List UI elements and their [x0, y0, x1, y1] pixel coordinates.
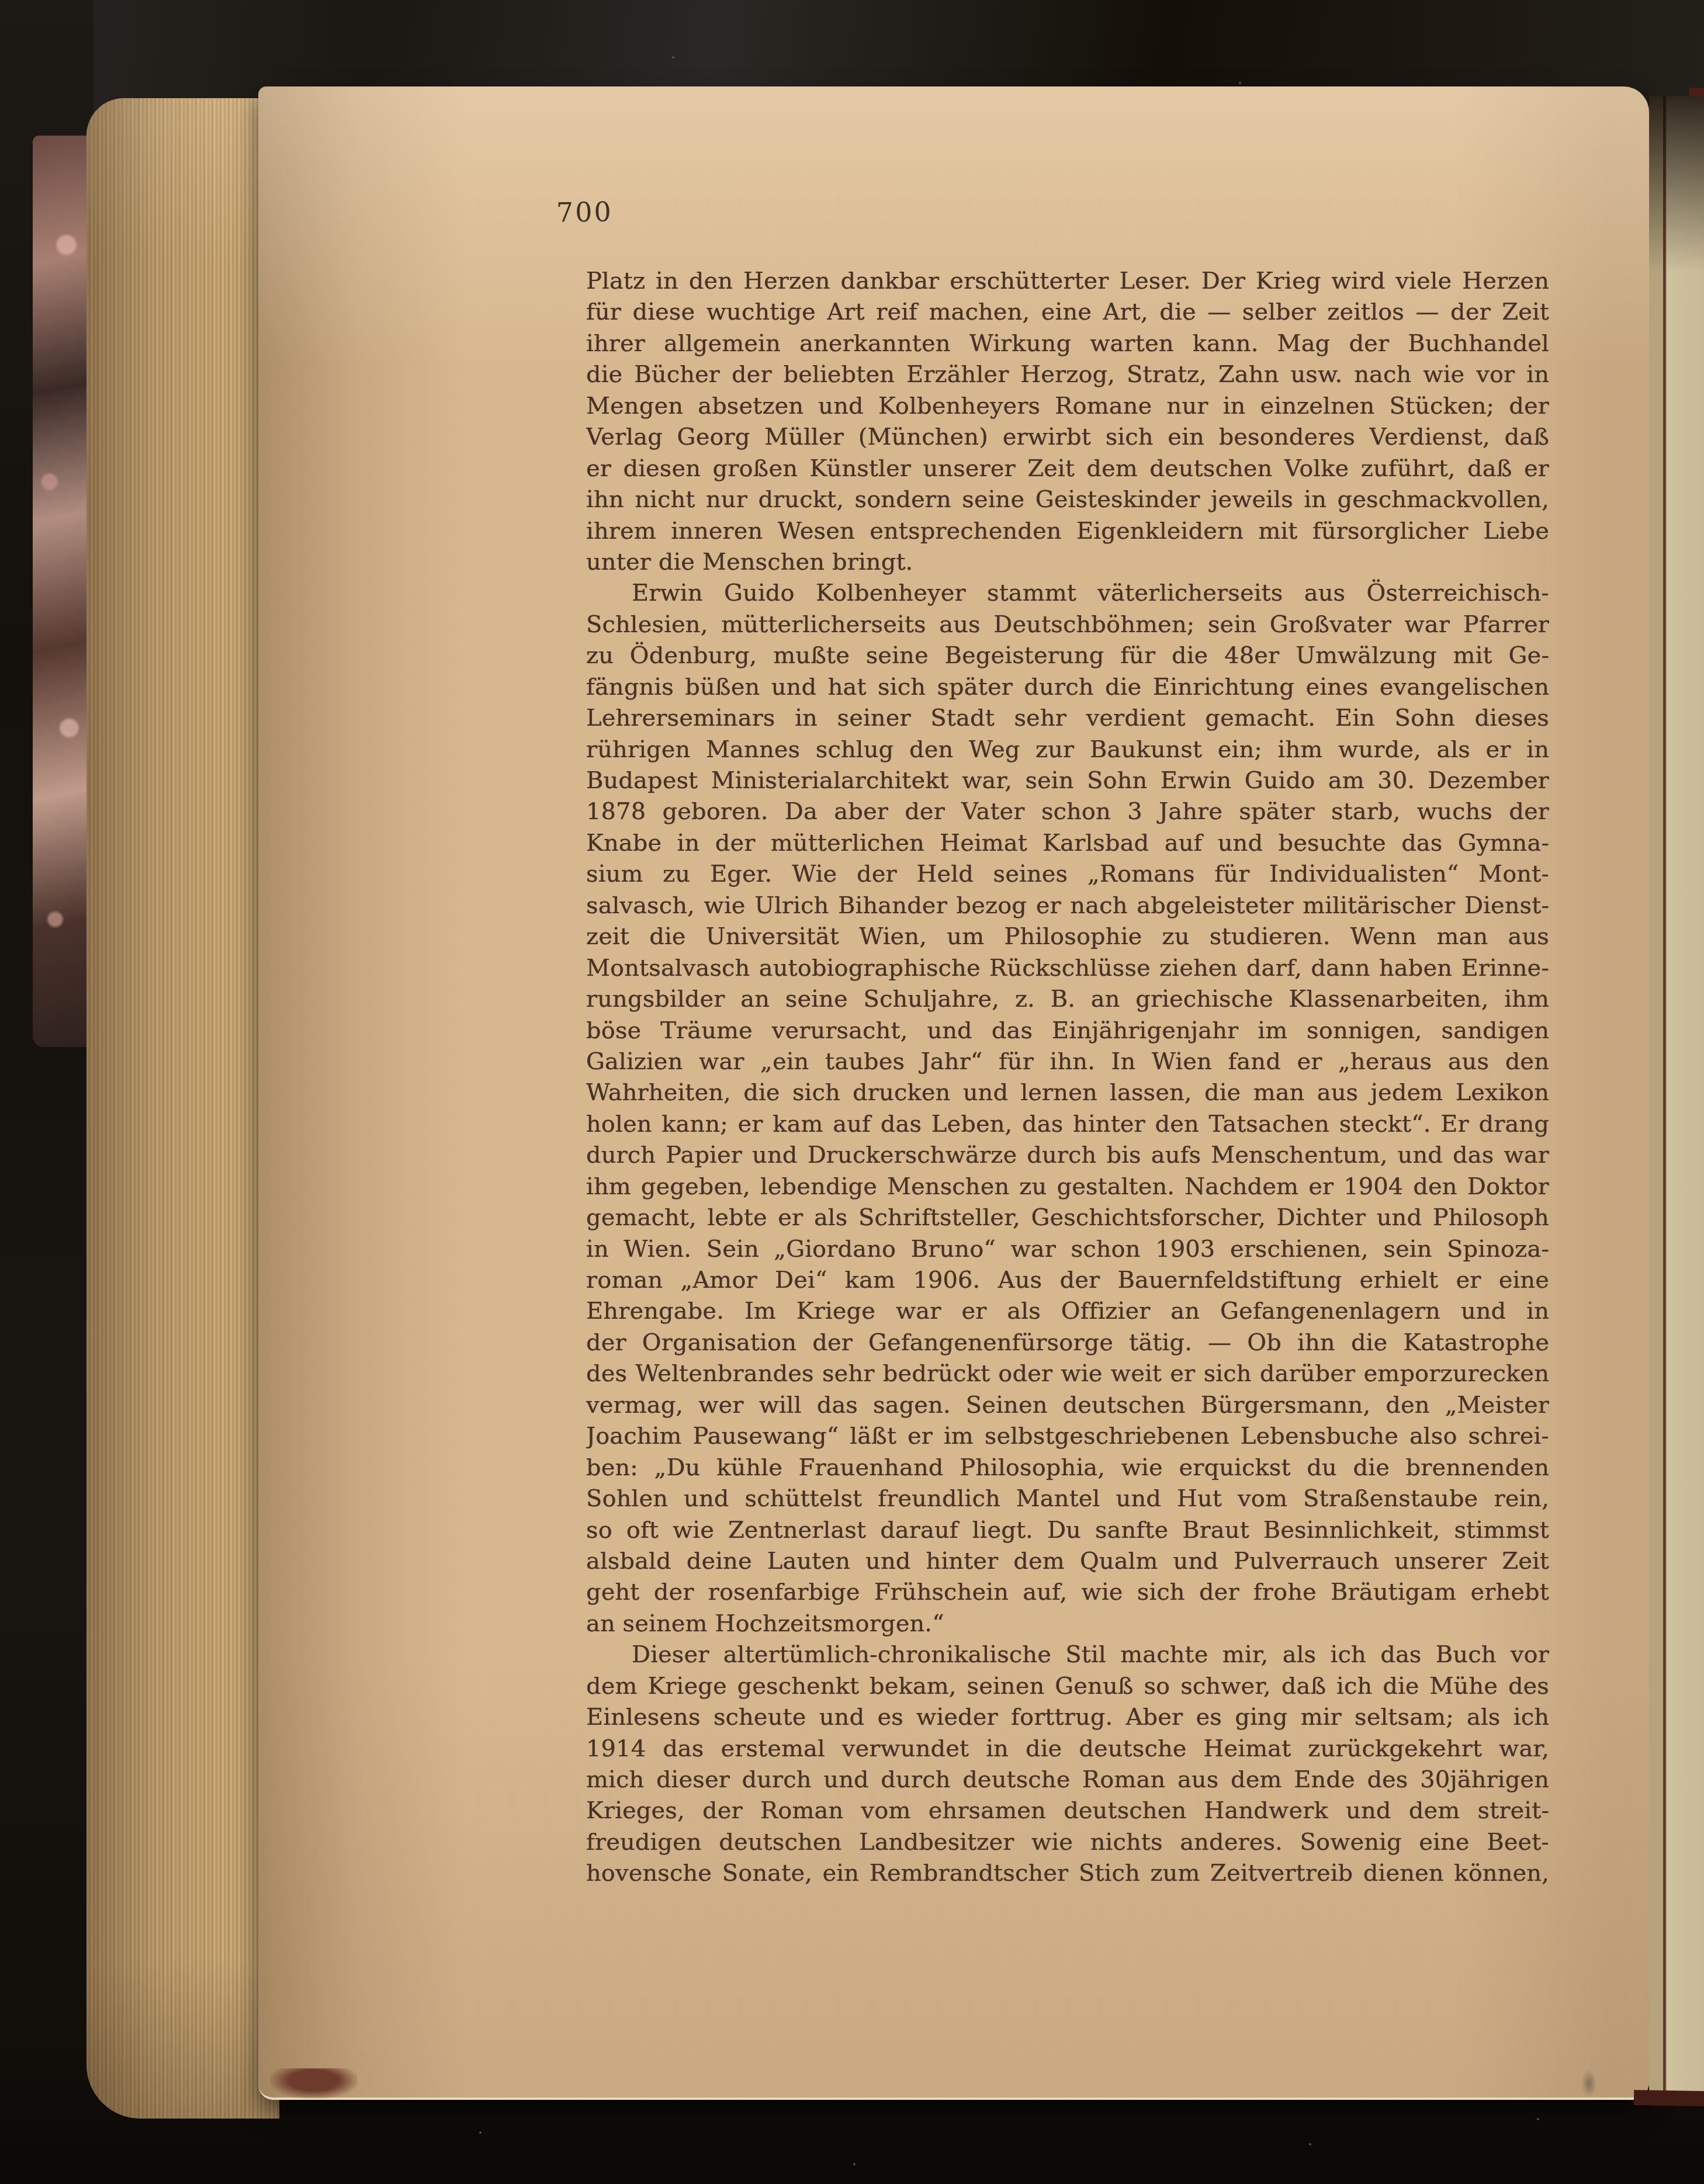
right-edge-shadow: [1649, 96, 1704, 272]
cover-edge-bottom-right: [1634, 2090, 1704, 2106]
text-line: fängnis büßen und hat sich später durch …: [586, 672, 1549, 703]
text-line: durch Papier und Druckerschwärze durch b…: [586, 1140, 1549, 1171]
text-line: er diesen großen Künstler unserer Zeit d…: [586, 453, 1549, 484]
text-line: ihm gegeben, lebendige Menschen zu gesta…: [586, 1171, 1549, 1202]
text-line: Ehrengabe. Im Kriege war er als Offizier…: [586, 1296, 1549, 1327]
marbled-endpaper: [33, 136, 89, 1047]
cover-corner-glimpse: [270, 2068, 358, 2099]
text-line: die Bücher der beliebten Erzähler Herzog…: [586, 359, 1549, 390]
book-photo: 700 Platz in den Herzen dankbar erschütt…: [0, 0, 1704, 2184]
text-line: mich dieser durch und durch deutsche Rom…: [586, 1764, 1549, 1795]
text-line: Wahrheiten, die sich drucken und lernen …: [586, 1077, 1549, 1108]
text-line: Krieges, der Roman vom ehrsamen deutsche…: [586, 1795, 1549, 1826]
text-line: so oft wie Zentnerlast darauf liegt. Du …: [586, 1515, 1549, 1546]
text-line: der Organisation der Gefangenenfürsorge …: [586, 1327, 1549, 1358]
text-line: unter die Menschen bringt.: [586, 547, 1549, 578]
text-line: böse Träume verursacht, und das Einjähri…: [586, 1015, 1549, 1046]
text-line: Einlesens scheute und es wieder forttrug…: [586, 1702, 1549, 1733]
text-line: des Weltenbrandes sehr bedrückt oder wie…: [586, 1358, 1549, 1389]
text-line: rungsbilder an seine Schuljahre, z. B. a…: [586, 984, 1549, 1015]
fore-edge-page-stack: [86, 98, 279, 2119]
text-line: freudigen deutschen Landbesitzer wie nic…: [586, 1827, 1549, 1858]
text-line: Knabe in der mütterlichen Heimat Karlsba…: [586, 828, 1549, 859]
dust-speck: [672, 56, 674, 58]
paper-smudge: [1581, 2069, 1596, 2098]
page-text: Platz in den Herzen dankbar erschütterte…: [586, 266, 1549, 1890]
text-line: ben: „Du kühle Frauenhand Philosophia, w…: [586, 1452, 1549, 1483]
text-line: Platz in den Herzen dankbar erschütterte…: [586, 266, 1549, 297]
text-line: 1914 das erstemal verwundet in die deuts…: [586, 1734, 1549, 1764]
text-line: Lehrerseminars in seiner Stadt sehr verd…: [586, 703, 1549, 734]
text-line: für diese wuchtige Art reif machen, eine…: [586, 297, 1549, 328]
text-line: Schlesien, mütterlicherseits aus Deutsch…: [586, 609, 1549, 640]
text-line: roman „Amor Dei“ kam 1906. Aus der Bauer…: [586, 1265, 1549, 1296]
text-line: Sohlen und schüttelst freundlich Mantel …: [586, 1483, 1549, 1514]
book-page: 700 Platz in den Herzen dankbar erschütt…: [258, 86, 1649, 2100]
text-line: holen kann; er kam auf das Leben, das hi…: [586, 1109, 1549, 1140]
text-line: ihrer allgemein anerkannten Wirkung wart…: [586, 328, 1549, 359]
text-line: in Wien. Sein „Giordano Bruno“ war schon…: [586, 1234, 1549, 1265]
dust-speck: [853, 2163, 856, 2165]
text-line: Dieser altertümlich-chronikalische Stil …: [586, 1639, 1549, 1670]
text-line: 1878 geboren. Da aber der Vater schon 3 …: [586, 796, 1549, 827]
text-line: Montsalvasch autobiographische Rückschlü…: [586, 953, 1549, 984]
text-line: Galizien war „ein taubes Jahr“ für ihn. …: [586, 1046, 1549, 1077]
text-line: vermag, wer will das sagen. Seinen deuts…: [586, 1390, 1549, 1421]
dust-speck: [1239, 82, 1241, 84]
text-line: Erwin Guido Kolbenheyer stammt väterlich…: [586, 578, 1549, 609]
text-line: Verlag Georg Müller (München) erwirbt si…: [586, 422, 1549, 453]
paragraph: Platz in den Herzen dankbar erschütterte…: [586, 266, 1549, 578]
text-line: an seinem Hochzeitsmorgen.“: [586, 1608, 1549, 1639]
text-line: Mengen absetzen und Kolbenheyers Romane …: [586, 391, 1549, 422]
paragraph: Erwin Guido Kolbenheyer stammt väterlich…: [586, 578, 1549, 1639]
dust-speck: [479, 2131, 482, 2134]
text-line: ihrem inneren Wesen entsprechenden Eigen…: [586, 516, 1549, 547]
page-right-edge: [1649, 96, 1704, 2095]
paragraph: Dieser altertümlich-chronikalische Stil …: [586, 1639, 1549, 1890]
text-line: sium zu Eger. Wie der Held seines „Roman…: [586, 859, 1549, 890]
text-line: dem Kriege geschenkt bekam, seinen Genuß…: [586, 1671, 1549, 1702]
text-line: rührigen Mannes schlug den Weg zur Bauku…: [586, 734, 1549, 765]
text-line: hovensche Sonate, ein Rembrandtscher Sti…: [586, 1858, 1549, 1889]
text-line: geht der rosenfarbige Frühschein auf, wi…: [586, 1577, 1549, 1608]
text-line: salvasch, wie Ulrich Bihander bezog er n…: [586, 890, 1549, 921]
text-line: gemacht, lebte er als Schriftsteller, Ge…: [586, 1202, 1549, 1233]
dust-speck: [1309, 2143, 1311, 2145]
dust-speck: [1537, 2118, 1539, 2120]
text-line: ihn nicht nur druckt, sondern seine Geis…: [586, 484, 1549, 515]
text-line: zu Ödenburg, mußte seine Begeisterung fü…: [586, 640, 1549, 671]
text-line: Budapest Ministerialarchitekt war, sein …: [586, 765, 1549, 796]
page-number: 700: [556, 196, 614, 228]
text-line: zeit die Universität Wien, um Philosophi…: [586, 921, 1549, 952]
text-line: Joachim Pausewang“ läßt er im selbstgesc…: [586, 1421, 1549, 1452]
text-line: alsbald deine Lauten und hinter dem Qual…: [586, 1546, 1549, 1577]
